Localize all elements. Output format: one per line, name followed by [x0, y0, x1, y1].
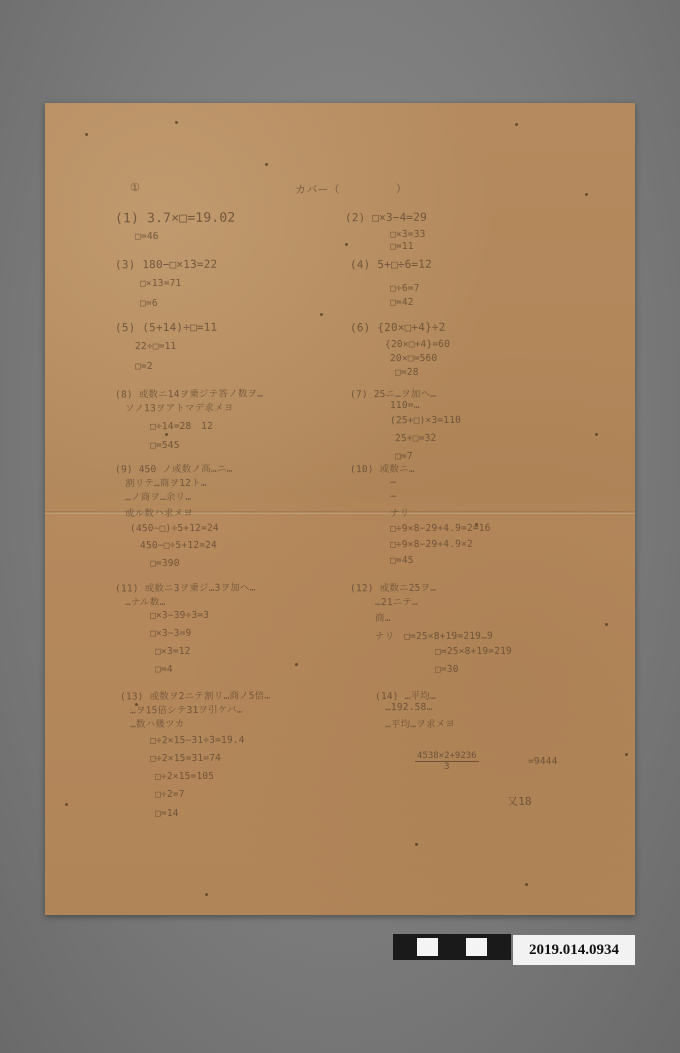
handwritten-line: (6) {20×□+4}÷2	[350, 321, 446, 335]
handwritten-line: □=4	[155, 664, 173, 675]
handwritten-line: 割リテ…商ヲ12ト…	[125, 475, 207, 490]
handwritten-line: □÷9×8−29+4.9×2	[390, 539, 473, 551]
handwritten-line: □=2	[135, 361, 153, 372]
handwritten-line: □=6	[140, 298, 158, 309]
handwritten-line: 22÷□=11	[135, 341, 177, 352]
scale-black	[441, 934, 462, 960]
handwritten-line: {20×□+4}=60	[385, 339, 450, 350]
scale-white	[466, 938, 487, 956]
handwritten-line: □=11	[390, 241, 414, 252]
handwritten-line: □×3−3=9	[150, 628, 192, 639]
handwritten-line: (4) 5+□÷6=12	[350, 258, 432, 272]
handwritten-line: ナリ	[390, 505, 410, 519]
handwritten-line: (9) 450 ノ或数ノ高…ニ…	[115, 461, 233, 476]
paper-speck	[65, 803, 68, 806]
handwritten-line: 110=…	[390, 400, 420, 411]
handwritten-line: (3) 180−□×13=22	[115, 258, 217, 272]
handwritten-line: (25+□)×3=110	[390, 415, 461, 426]
handwritten-line: □=545	[150, 440, 180, 451]
handwritten-line: ソノ13ヲアトマデ求メヨ	[125, 400, 234, 415]
handwritten-line: (450−□)÷5+12=24	[130, 523, 219, 535]
handwritten-line: (2) □×3−4=29	[345, 211, 427, 225]
handwritten-line: □÷2×15=31=74	[150, 753, 221, 764]
handwritten-line: …ヲ15倍シテ31ヲ引ケバ…	[130, 702, 243, 717]
handwritten-line: 25+□=32	[395, 433, 437, 444]
handwritten-line: □=30	[435, 664, 459, 675]
handwritten-line: (7) 25ニ…ヲ加ヘ…	[350, 386, 436, 401]
handwritten-line: □=390	[150, 558, 180, 569]
worksheet-title: カバー（ ）	[295, 181, 407, 198]
paper-speck	[320, 313, 323, 316]
handwritten-line: ナリ □=25×8+19=219…9	[375, 628, 493, 643]
handwritten-line: □=46	[135, 231, 159, 242]
fraction-result: =9444	[528, 756, 558, 767]
color-scale-bar	[393, 934, 511, 960]
handwritten-line: (5) (5+14)÷□=11	[115, 321, 217, 335]
paper-speck	[295, 663, 298, 666]
accession-number-label: 2019.014.0934	[513, 935, 635, 965]
paper-speck	[595, 433, 598, 436]
handwritten-line: …数ハ幾ツカ	[130, 716, 185, 730]
handwritten-line: 450−□÷5+12=24	[140, 540, 217, 552]
handwritten-line: …21ニテ…	[375, 594, 418, 608]
handwritten-line: …ナル数…	[125, 594, 166, 608]
worksheet-paper: ① カバー（ ） (1) 3.7×□=19.02□=46(3) 180−□×13…	[45, 103, 635, 915]
handwritten-line: 20×□=560	[390, 353, 437, 364]
handwritten-line: □=14	[155, 808, 179, 819]
handwritten-line: □÷2=7	[155, 789, 185, 800]
handwritten-line: (8) 或数ニ14ヲ乗ジテ答ノ数ヲ…	[115, 385, 263, 400]
handwritten-line: (11) 或数ニ3ヲ乗ジ…3ヲ加ヘ…	[115, 580, 256, 595]
corner-mark: ①	[130, 181, 140, 194]
handwritten-line: …平均…ヲ求メヨ	[385, 716, 455, 730]
average-fraction: 4538×2+9236 3	[415, 751, 479, 772]
paper-speck	[515, 123, 518, 126]
handwritten-line: □÷9×8−29+4.9=2=16	[390, 523, 491, 535]
scale-black	[393, 934, 414, 960]
handwritten-line: □÷14=28 12	[150, 418, 213, 432]
handwritten-line: □×3−39÷3=3	[150, 610, 209, 621]
handwritten-line: (1) 3.7×□=19.02	[115, 211, 236, 227]
handwritten-line: □=25×8+19=219	[435, 646, 512, 658]
scale-white	[417, 938, 438, 956]
paper-speck	[205, 893, 208, 896]
handwritten-line: □×3=33	[390, 229, 426, 240]
handwritten-line: □×3=12	[155, 646, 191, 657]
handwritten-line: …192.58…	[385, 702, 432, 713]
scale-black	[490, 934, 511, 960]
handwritten-line: □=45	[390, 555, 414, 566]
handwritten-line: □=42	[390, 297, 414, 308]
paper-speck	[585, 193, 588, 196]
handwritten-line: (12) 或数ニ25ヲ…	[350, 580, 436, 595]
handwritten-line: 商…	[375, 610, 391, 624]
paper-speck	[85, 133, 88, 136]
handwritten-line: (13) 或数ヲ2ニテ割リ…商ノ5倍…	[120, 687, 270, 702]
handwritten-line: …	[390, 489, 396, 500]
paper-speck	[165, 433, 168, 436]
handwritten-line: □÷6=7	[390, 283, 420, 294]
handwritten-line: …ノ商ヲ…余リ…	[125, 489, 191, 503]
paper-speck	[625, 753, 628, 756]
handwritten-line: …	[390, 475, 396, 486]
signature: 又18	[507, 793, 532, 809]
handwritten-line: (14) …平均…	[375, 688, 436, 702]
handwritten-line: 或ル数ハ求メヨ	[125, 505, 193, 519]
handwritten-line: □×13=71	[140, 278, 182, 289]
paper-speck	[175, 121, 178, 124]
paper-speck	[415, 843, 418, 846]
handwritten-line: □÷2×15−31÷3=19.4	[150, 735, 245, 747]
handwritten-line: (10) 或数ニ…	[350, 461, 415, 475]
paper-speck	[605, 623, 608, 626]
paper-speck	[525, 883, 528, 886]
paper-speck	[265, 163, 268, 166]
handwritten-line: □=28	[395, 367, 419, 378]
handwritten-line: □÷2×15=105	[155, 771, 214, 782]
paper-speck	[345, 243, 348, 246]
